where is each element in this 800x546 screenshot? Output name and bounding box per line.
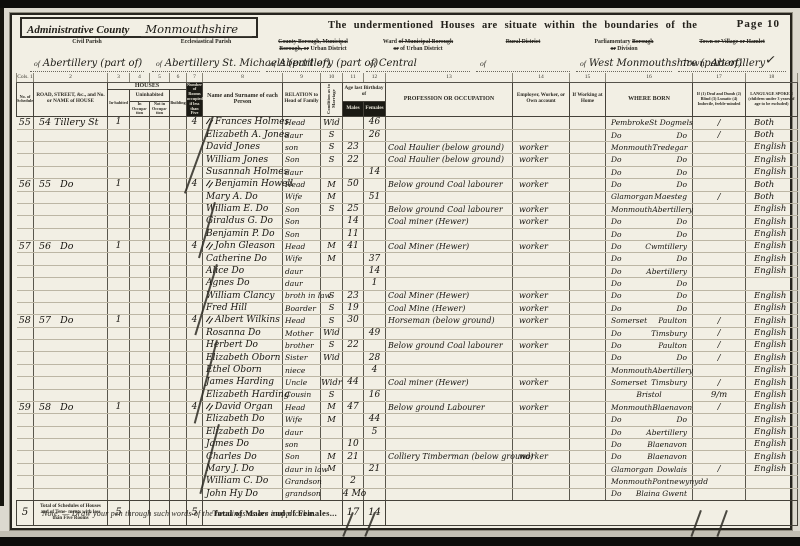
cell-employment (513, 166, 570, 178)
column-number: 17 (693, 73, 746, 82)
person-row: 5756 Do14John GleasonHeadM41Coal Miner (… (17, 241, 798, 253)
cell-inhabited (108, 216, 130, 228)
cell-inhabited (108, 377, 130, 389)
cell-inhabited (108, 414, 130, 426)
check-mark: ✓ (764, 52, 777, 68)
col-head-females: Females (364, 101, 386, 116)
cell-birthplace: GlamorganDowlais (606, 463, 693, 475)
cell-address (34, 166, 108, 178)
person-row: 5554 Tillery St14Frances HolmesHeadWid46… (17, 117, 798, 129)
cell-inhabited (108, 426, 130, 438)
cell-inhabited (108, 364, 130, 376)
cell-inhabited: 1 (108, 117, 130, 129)
birthplace-parts: SomersetTimsbury (606, 379, 692, 387)
cell-address (34, 290, 108, 302)
header-row-1: No. of ScheduleROAD, STREET, &c., and No… (17, 82, 798, 90)
cell-occupation (386, 488, 513, 500)
cell-schedule (17, 451, 34, 463)
cell-inhabited: 1 (108, 241, 130, 253)
cell-condition (321, 439, 343, 451)
cell-age-female: 4 (364, 364, 386, 376)
cell-name: Mary J. Do (203, 463, 283, 475)
cell-age-female: 49 (364, 327, 386, 339)
cell-employment: worker (513, 142, 570, 154)
cell-employment: worker (513, 241, 570, 253)
cell-inhabited (108, 439, 130, 451)
cell-occupation (386, 327, 513, 339)
cell-rooms (187, 129, 203, 141)
cell-rooms (187, 439, 203, 451)
cell-infirmity (693, 488, 746, 500)
schedule-start-mark (206, 180, 213, 188)
scan-bottom-border (0, 537, 800, 546)
person-row: William E. DoSonS25Below ground Coal lab… (17, 203, 798, 215)
person-row: William Clancybroth in lawS23Coal Miner … (17, 290, 798, 302)
total-schedules: 5 (17, 500, 34, 525)
cell-uninhabited-not (150, 463, 170, 475)
cell-inhabited (108, 463, 130, 475)
cell-work-home (570, 401, 606, 413)
cell-address (34, 302, 108, 314)
cell-age-male: 25 (343, 203, 364, 215)
col-head-males: Males (343, 101, 364, 116)
col-head-occupation: PROFESSION OR OCCUPATION (386, 82, 513, 117)
cell-infirmity (693, 166, 746, 178)
birth-county: Do (611, 181, 622, 189)
cell-age-male: 2 (343, 476, 364, 488)
cell-occupation (386, 278, 513, 290)
cell-infirmity (693, 302, 746, 314)
cell-employment (513, 439, 570, 451)
cell-age-male: 14 (343, 216, 364, 228)
cell-condition: S (321, 315, 343, 327)
cell-address: 54 Tillery St (34, 117, 108, 129)
header-field-6: Parliamentary Boroughor DivisionofWest M… (574, 39, 674, 73)
cell-occupation: Coal Haulier (below ground) (386, 142, 513, 154)
birthplace-parts: MonmouthAbertillery (606, 367, 692, 375)
birth-county: Do (611, 416, 622, 424)
cell-inhabited (108, 476, 130, 488)
cell-uninhabited-not (150, 476, 170, 488)
cell-building (170, 327, 187, 339)
person-name: John Gleason (215, 241, 275, 251)
birth-county: Do (611, 231, 622, 239)
cell-language: English (746, 377, 798, 389)
birthplace-parts: DoAbertillery (606, 429, 692, 437)
birth-place: Do (676, 132, 687, 140)
cell-uninhabited-occupied (130, 117, 150, 129)
cell-age-female (364, 476, 386, 488)
cell-employment: worker (513, 377, 570, 389)
birth-county: Do (611, 292, 622, 300)
cell-age-female (364, 302, 386, 314)
cell-employment: worker (513, 216, 570, 228)
header-field-entry: Abertillery (part of) (43, 58, 142, 69)
cell-work-home (570, 129, 606, 141)
cell-condition (321, 488, 343, 500)
cell-uninhabited-occupied (130, 253, 150, 265)
birthplace-parts: DoDo (606, 280, 692, 288)
cell-condition (321, 228, 343, 240)
col-head-condition-text: Condition as to Marriage (326, 84, 336, 114)
person-name: John Hy Do (206, 489, 258, 499)
cell-infirmity: / (693, 191, 746, 203)
cell-schedule (17, 265, 34, 277)
cell-rooms (187, 377, 203, 389)
birthplace-parts: MonmouthPontnewynydd (606, 478, 692, 486)
col-head-relation: RELATION to Head of Family (283, 82, 321, 117)
column-number: 10 (321, 73, 343, 82)
cell-relation: Sister (283, 352, 321, 364)
cell-uninhabited-occupied (130, 463, 150, 475)
cell-occupation (386, 352, 513, 364)
birth-county: Do (611, 490, 622, 498)
birth-county: Pembroke (611, 119, 649, 127)
cell-uninhabited-occupied (130, 179, 150, 191)
cell-work-home (570, 389, 606, 401)
header-field-label: Ward of Municipal Boroughor of Urban Dis… (364, 39, 472, 53)
col-head-work-home: If Working at Home (570, 82, 606, 117)
cell-condition (321, 278, 343, 290)
cell-relation: Head (283, 401, 321, 413)
cell-schedule (17, 426, 34, 438)
cell-uninhabited-not (150, 302, 170, 314)
birth-place: Do (676, 255, 687, 263)
cell-employment (513, 253, 570, 265)
birthplace-parts: DoDo (606, 231, 692, 239)
cell-birthplace: DoBlaina Gwent (606, 488, 693, 500)
cell-relation: daur (283, 426, 321, 438)
cell-building (170, 401, 187, 413)
cell-inhabited (108, 166, 130, 178)
cell-schedule (17, 278, 34, 290)
column-number: 3 (108, 73, 130, 82)
cell-infirmity (693, 203, 746, 215)
cell-uninhabited-occupied (130, 327, 150, 339)
cell-schedule (17, 253, 34, 265)
cell-uninhabited-not (150, 389, 170, 401)
person-row: Elizabeth DoWifeM44DoDoEnglish (17, 414, 798, 426)
birth-county: Glamorgan (611, 193, 653, 201)
cell-language: English (746, 241, 798, 253)
cell-occupation: Coal Miner (Hewer) (386, 241, 513, 253)
cell-occupation: Colliery Timberman (below ground) (386, 451, 513, 463)
cell-infirmity (693, 426, 746, 438)
cell-schedule (17, 154, 34, 166)
person-row: Rosanna DoMotherWid49DoTimsbury/English (17, 327, 798, 339)
cell-age-female (364, 488, 386, 500)
birth-county: Somerset (611, 317, 647, 325)
cell-work-home (570, 166, 606, 178)
scan-left-border (0, 8, 4, 506)
cell-uninhabited-occupied (130, 142, 150, 154)
cell-age-female (364, 377, 386, 389)
cell-relation: Son (283, 203, 321, 215)
cell-uninhabited-not (150, 315, 170, 327)
cell-birthplace: DoDo (606, 352, 693, 364)
cell-age-female: 44 (364, 414, 386, 426)
cell-inhabited (108, 327, 130, 339)
cell-schedule (17, 476, 34, 488)
person-row: Catherine DoWifeM37DoDoEnglish (17, 253, 798, 265)
cell-uninhabited-not (150, 253, 170, 265)
cell-building (170, 364, 187, 376)
birth-county: Monmouth (611, 478, 652, 486)
header-field-value: ofWest Monmouthshire (part of) (576, 53, 672, 72)
cell-condition: Widr (321, 377, 343, 389)
cell-schedule (17, 352, 34, 364)
person-name: William E. Do (206, 204, 268, 214)
person-row: Herbert DobrotherS22Below ground Coal la… (17, 340, 798, 352)
cell-infirmity (693, 142, 746, 154)
person-row: Benjamin P. DoSon11DoDoEnglish (17, 228, 798, 240)
cell-rooms (187, 265, 203, 277)
cell-relation: brother (283, 340, 321, 352)
header-field-label-text: Division (616, 46, 638, 52)
cell-uninhabited-not (150, 154, 170, 166)
birth-place: Paulton (658, 317, 687, 325)
cell-work-home (570, 253, 606, 265)
cell-birthplace: DoTimsbury (606, 327, 693, 339)
person-row: Susannah Holmesdaur14DoDoEnglish (17, 166, 798, 178)
birth-county: Do (611, 255, 622, 263)
column-number: 14 (513, 73, 570, 82)
cell-building (170, 426, 187, 438)
cell-language: English (746, 265, 798, 277)
cell-occupation (386, 191, 513, 203)
cell-age-male: 19 (343, 302, 364, 314)
cell-age-female: 1 (364, 278, 386, 290)
cell-address (34, 216, 108, 228)
header-field-label-text: Town or Village or Hamlet (699, 39, 765, 45)
cell-rooms (187, 463, 203, 475)
cell-inhabited (108, 142, 130, 154)
cell-schedule (17, 203, 34, 215)
cell-inhabited (108, 154, 130, 166)
cell-language: English (746, 216, 798, 228)
cell-uninhabited-occupied (130, 476, 150, 488)
cell-schedule (17, 129, 34, 141)
cell-birthplace: DoDo (606, 179, 693, 191)
cell-language: Both (746, 191, 798, 203)
birth-place: Dowlais (657, 466, 687, 474)
birth-county: Monmouth (611, 367, 652, 375)
cell-schedule (17, 364, 34, 376)
cell-occupation (386, 463, 513, 475)
cell-uninhabited-occupied (130, 290, 150, 302)
birth-county: Do (611, 156, 622, 164)
birth-county: Do (611, 218, 622, 226)
cell-building (170, 389, 187, 401)
cell-uninhabited-occupied (130, 315, 150, 327)
column-number: 4 (130, 73, 150, 82)
cell-age-female: 5 (364, 426, 386, 438)
cell-uninhabited-not (150, 451, 170, 463)
cell-birthplace: DoDo (606, 278, 693, 290)
cell-occupation (386, 166, 513, 178)
person-name: Mary A. Do (206, 192, 258, 202)
cell-infirmity: / (693, 340, 746, 352)
cell-schedule (17, 142, 34, 154)
cell-inhabited (108, 302, 130, 314)
cell-work-home (570, 327, 606, 339)
cell-condition: S (321, 129, 343, 141)
birth-place: Abertillery (646, 268, 687, 276)
cell-condition: S (321, 389, 343, 401)
birthplace-parts: DoDo (606, 132, 692, 140)
cell-employment: worker (513, 401, 570, 413)
person-row: Fred HillBoarderS19Coal Mine (Hewer)work… (17, 302, 798, 314)
cell-name: David Organ (203, 401, 283, 413)
cell-infirmity: / (693, 117, 746, 129)
cell-rooms (187, 364, 203, 376)
header-field-entry: Abertillery (711, 58, 765, 69)
cell-birthplace: DoDo (606, 129, 693, 141)
cell-schedule (17, 191, 34, 203)
cell-building (170, 439, 187, 451)
cell-uninhabited-not (150, 340, 170, 352)
col-head-schedule: No. of Schedule (17, 82, 34, 117)
cell-uninhabited-not (150, 241, 170, 253)
cell-address (34, 451, 108, 463)
of-label: of (480, 59, 486, 68)
cell-schedule (17, 302, 34, 314)
cell-age-female (364, 142, 386, 154)
cell-employment (513, 228, 570, 240)
cell-occupation: Coal Miner (Hewer) (386, 290, 513, 302)
cell-building (170, 352, 187, 364)
person-row: William JonesSonS22Coal Haulier (below g… (17, 154, 798, 166)
cell-inhabited (108, 389, 130, 401)
person-row: Ethel Obornniece4MonmouthAbertilleryEngl… (17, 364, 798, 376)
person-row: James Doson10DoBlaenavonEnglish (17, 439, 798, 451)
birth-county: Do (611, 342, 622, 350)
cell-occupation: Coal Mine (Hewer) (386, 302, 513, 314)
cell-work-home (570, 203, 606, 215)
cell-language: English (746, 228, 798, 240)
cell-occupation (386, 364, 513, 376)
birthplace-parts: GlamorganDowlais (606, 466, 692, 474)
column-number: 15 (570, 73, 606, 82)
cell-uninhabited-not (150, 327, 170, 339)
cell-birthplace: DoCwmtillery (606, 241, 693, 253)
cell-address (34, 389, 108, 401)
cell-name: Benjamin P. Do (203, 228, 283, 240)
cell-name: Catherine Do (203, 253, 283, 265)
column-number: 5 (150, 73, 170, 82)
cell-uninhabited-not (150, 129, 170, 141)
cell-building (170, 488, 187, 500)
cell-name: Giraldus G. Do (203, 216, 283, 228)
cell-building (170, 476, 187, 488)
cell-work-home (570, 117, 606, 129)
cell-uninhabited-occupied (130, 228, 150, 240)
cell-infirmity: / (693, 327, 746, 339)
cell-relation: Wife (283, 253, 321, 265)
cell-work-home (570, 265, 606, 277)
person-name: William Clancy (206, 291, 274, 301)
cell-inhabited (108, 129, 130, 141)
cell-age-female (364, 340, 386, 352)
cell-name: Susannah Holmes (203, 166, 283, 178)
cell-name: Benjamin Howell (203, 179, 283, 191)
cell-employment (513, 278, 570, 290)
cell-name: David Jones (203, 142, 283, 154)
cell-age-male: 30 (343, 315, 364, 327)
person-name: Benjamin P. Do (206, 229, 275, 239)
cell-occupation (386, 476, 513, 488)
birth-county: Monmouth (611, 404, 652, 412)
cell-age-male: 22 (343, 340, 364, 352)
person-row: Charles DoSonM21Colliery Timberman (belo… (17, 451, 798, 463)
cell-relation: daur in law (283, 463, 321, 475)
census-scan-page: Administrative County Monmouthshire The … (0, 0, 800, 546)
cell-birthplace: DoDo (606, 253, 693, 265)
person-name: Albert Wilkins (215, 315, 280, 325)
person-name: William Jones (206, 155, 268, 165)
cell-birthplace: DoBlaenavon (606, 451, 693, 463)
cell-language (746, 488, 798, 500)
cell-uninhabited-occupied (130, 154, 150, 166)
cell-employment (513, 389, 570, 401)
cell-relation: Grandson (283, 476, 321, 488)
cell-age-male (343, 129, 364, 141)
cell-address (34, 364, 108, 376)
birth-county: Do (611, 354, 622, 362)
cell-work-home (570, 216, 606, 228)
person-row: 5655 Do14Benjamin HowellHeadM50Below gro… (17, 179, 798, 191)
person-row: Agnes Dodaur1DoDo (17, 278, 798, 290)
table-header: Cols. 123456789101112131415161718No. of … (17, 73, 798, 117)
cell-rooms (187, 352, 203, 364)
cell-infirmity (693, 154, 746, 166)
cell-language (746, 476, 798, 488)
col-head-infirmity: If (1) Deaf and Dumb (2) Blind (3) Lunat… (693, 82, 746, 117)
birthplace-parts: MonmouthAbertillery (606, 206, 692, 214)
birthplace-parts: DoDo (606, 169, 692, 177)
person-row: Elizabeth ObornSisterWid28DoDo/English (17, 352, 798, 364)
cell-building (170, 241, 187, 253)
cell-infirmity: / (693, 352, 746, 364)
cell-address: 57 Do (34, 315, 108, 327)
cell-work-home (570, 426, 606, 438)
cell-age-female: 46 (364, 117, 386, 129)
cell-age-male: 23 (343, 290, 364, 302)
cell-building (170, 228, 187, 240)
cell-language: English (746, 203, 798, 215)
cell-address (34, 327, 108, 339)
cell-condition (321, 265, 343, 277)
column-number: Cols. 1 (17, 73, 34, 82)
cell-relation: niece (283, 364, 321, 376)
cell-birthplace: SomersetPaulton (606, 315, 693, 327)
cell-occupation: Below ground Coal labourer (386, 179, 513, 191)
cell-address (34, 414, 108, 426)
cell-name: William C. Do (203, 476, 283, 488)
cell-uninhabited-not (150, 377, 170, 389)
cell-address: 55 Do (34, 179, 108, 191)
cell-work-home (570, 315, 606, 327)
birth-county: Do (611, 169, 622, 177)
cell-condition: M (321, 241, 343, 253)
cell-schedule (17, 414, 34, 426)
cell-uninhabited-not (150, 414, 170, 426)
cell-birthplace: GlamorganMaesteg (606, 191, 693, 203)
cell-employment (513, 265, 570, 277)
cell-work-home (570, 191, 606, 203)
cell-rooms (187, 340, 203, 352)
cell-building (170, 265, 187, 277)
